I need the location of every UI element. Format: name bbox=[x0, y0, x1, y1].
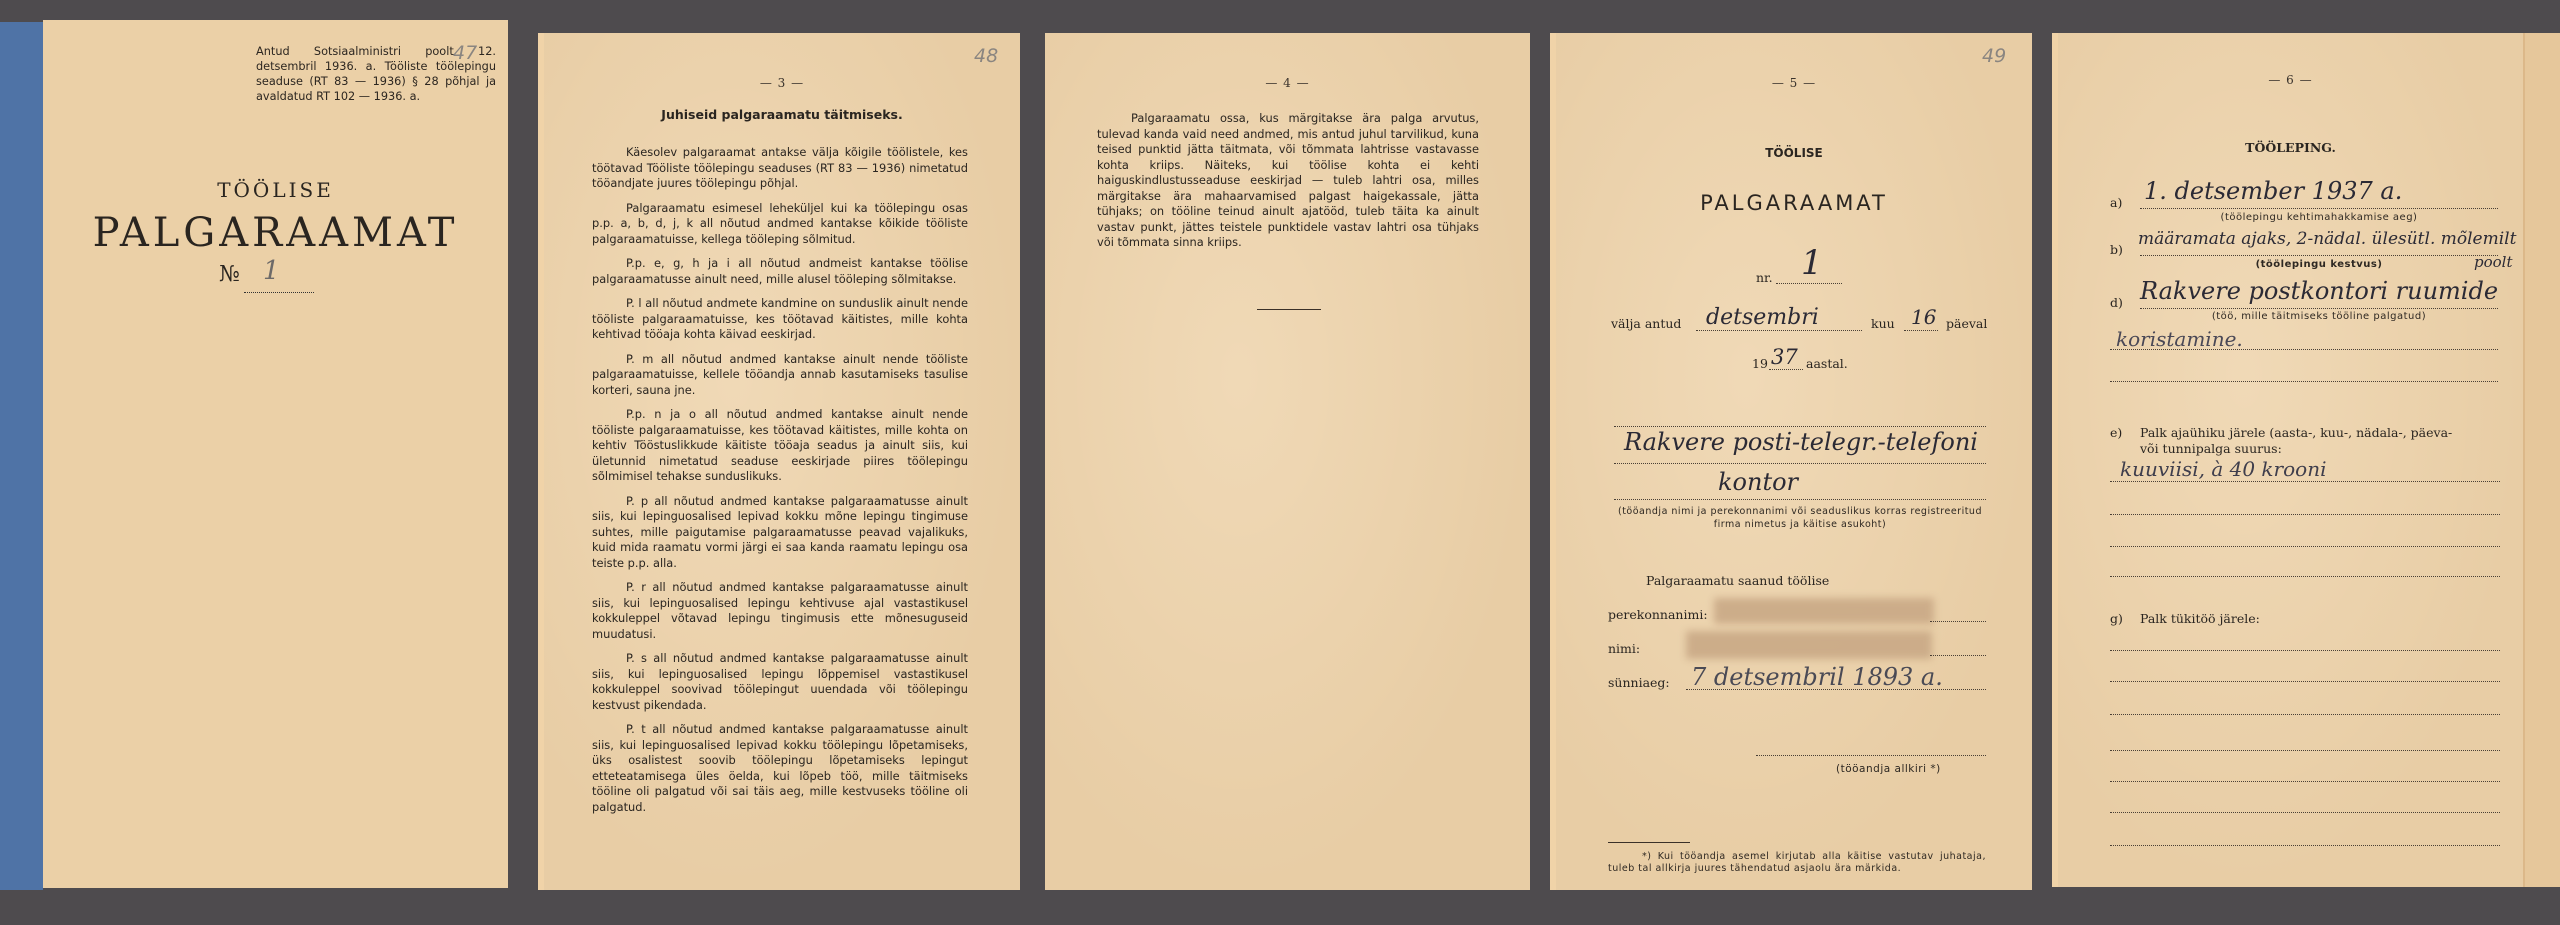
field-b-value: määramata ajaks, 2-nädal. ülesütl. mõlem… bbox=[2138, 229, 2516, 249]
page-number: — 5 — bbox=[1556, 76, 2032, 90]
archive-number: 49 bbox=[1982, 45, 2006, 67]
year-prefix: 19 bbox=[1752, 356, 1768, 371]
field-e-text-1: Palk ajaühiku järele (aasta-, kuu-, näda… bbox=[2140, 425, 2452, 440]
field-e-line-3 bbox=[2110, 546, 2500, 547]
instructions-body: Käesolev palgaraamat antakse välja kõigi… bbox=[592, 145, 968, 824]
footnote: *) Kui tööandja asemel kirjutab alla käi… bbox=[1608, 851, 1986, 875]
blue-book-spine bbox=[0, 22, 43, 890]
signature-caption: (tööandja allkiri *) bbox=[1836, 763, 1941, 775]
field-g-line-5 bbox=[2110, 781, 2500, 782]
field-d-caption: (töö, mille täitmiseks tööline palgatud) bbox=[2140, 311, 2498, 322]
issued-label: välja antud bbox=[1611, 316, 1681, 331]
field-g-line-3 bbox=[2110, 714, 2500, 715]
paragraph: Palgaraamatu ossa, kus märgitakse ära pa… bbox=[1097, 111, 1479, 251]
field-a-value: 1. detsember 1937 a. bbox=[2144, 177, 2402, 205]
worker-title: PALGARAAMAT bbox=[1556, 191, 2032, 215]
field-d-value: Rakvere postkontori ruumide bbox=[2140, 277, 2498, 305]
surname-label: perekonnanimi: bbox=[1608, 607, 1708, 622]
worker-subtitle: TÖÖLISE bbox=[1556, 146, 2032, 160]
employer-caption: (tööandja nimi ja perekonnanimi või sead… bbox=[1614, 505, 1986, 531]
day-label: päeval bbox=[1946, 316, 1987, 331]
field-d-line bbox=[2140, 308, 2498, 309]
legal-note: Antud Sotsiaalministri poolt 12. detsemb… bbox=[256, 44, 496, 104]
field-d-value-cont: koristamine. bbox=[2116, 327, 2243, 351]
paragraph: P. r all nõutud andmed kantakse palgaraa… bbox=[592, 580, 968, 642]
paragraph: P. p all nõutud andmed kantakse palgaraa… bbox=[592, 494, 968, 572]
field-e-value: kuuviisi, à 40 krooni bbox=[2120, 457, 2326, 481]
contract-heading: TÖÖLEPING. bbox=[2058, 140, 2523, 155]
surname-line bbox=[1930, 621, 1986, 622]
year-line bbox=[1769, 369, 1803, 370]
instructions-page: 48 — 3 — Juhiseid palgaraamatu täitmisek… bbox=[538, 33, 1020, 890]
worker-info-page: 49 — 5 — TÖÖLISE PALGARAAMAT nr. 1 välja… bbox=[1550, 33, 2032, 890]
field-g-line-6 bbox=[2110, 812, 2500, 813]
month-label: kuu bbox=[1871, 316, 1895, 331]
contract-page: — 6 — TÖÖLEPING. a) 1. detsember 1937 a.… bbox=[2052, 33, 2523, 887]
paragraph: P. t all nõutud andmed kantakse palgaraa… bbox=[592, 722, 968, 815]
redacted-name bbox=[1686, 631, 1932, 659]
cover-subtitle: TÖÖLISE bbox=[43, 178, 508, 202]
employer-value-line1: Rakvere posti-telegr.-telefoni bbox=[1624, 428, 1978, 456]
field-b-line bbox=[2140, 255, 2498, 256]
year-value: 37 bbox=[1771, 345, 1798, 369]
field-e-line-2 bbox=[2110, 514, 2500, 515]
birth-value: 7 detsembril 1893 a. bbox=[1691, 663, 1943, 691]
year-label: aastal. bbox=[1806, 356, 1848, 371]
field-g-line-1 bbox=[2110, 650, 2500, 651]
field-b-caption: (töölepingu kestvus) bbox=[2140, 259, 2498, 270]
employer-value-line2: kontor bbox=[1718, 468, 1798, 496]
archive-number: 48 bbox=[974, 45, 998, 67]
page-number: — 6 — bbox=[2058, 73, 2523, 87]
field-e-letter: e) bbox=[2110, 425, 2122, 440]
page-number: — 3 — bbox=[544, 76, 1020, 90]
employer-line-1 bbox=[1614, 463, 1986, 464]
field-e-text-2: või tunnipalga suurus: bbox=[2140, 441, 2282, 456]
issued-day-line bbox=[1904, 330, 1938, 331]
nr-line bbox=[1776, 283, 1842, 284]
end-rule bbox=[1257, 309, 1321, 310]
birth-label: sünniaeg: bbox=[1608, 675, 1670, 690]
paragraph: P.p. e, g, h ja i all nõutud andmeist ka… bbox=[592, 256, 968, 287]
field-a-caption: (töölepingu kehtimahakkamise aeg) bbox=[2140, 212, 2498, 223]
field-a-letter: a) bbox=[2110, 195, 2122, 210]
field-d-letter: d) bbox=[2110, 295, 2123, 310]
paragraph: P. m all nõutud andmed kantakse ainult n… bbox=[592, 352, 968, 399]
paragraph: Käesolev palgaraamat antakse välja kõigi… bbox=[592, 145, 968, 192]
signature-line bbox=[1756, 755, 1986, 756]
field-g-line-2 bbox=[2110, 681, 2500, 682]
nr-value: 1 bbox=[1801, 243, 1823, 283]
next-page-edge bbox=[2523, 33, 2560, 887]
paragraph: Palgaraamatu esimesel leheküljel kui ka … bbox=[592, 201, 968, 248]
field-e-line-4 bbox=[2110, 576, 2500, 577]
name-line bbox=[1930, 655, 1986, 656]
nr-label: nr. bbox=[1756, 270, 1773, 285]
number-value: 1 bbox=[263, 256, 280, 286]
cover-page: 47 Antud Sotsiaalministri poolt 12. dets… bbox=[43, 20, 508, 888]
paragraph: P. s all nõutud andmed kantakse palgaraa… bbox=[592, 651, 968, 713]
field-g-line-7 bbox=[2110, 845, 2500, 846]
employer-line-0 bbox=[1614, 426, 1986, 427]
employer-line-2 bbox=[1614, 499, 1986, 500]
paragraph: P. l all nõutud andmete kandmine on sund… bbox=[592, 296, 968, 343]
paragraph: P.p. n ja o all nõutud andmed kantakse a… bbox=[592, 407, 968, 485]
footnote-rule bbox=[1608, 842, 1690, 843]
page-number: — 4 — bbox=[1045, 76, 1530, 90]
instructions-page-continued: — 4 — Palgaraamatu ossa, kus märgitakse … bbox=[1045, 33, 1530, 890]
field-e-line-1 bbox=[2110, 481, 2500, 482]
field-b-letter: b) bbox=[2110, 242, 2123, 257]
name-label: nimi: bbox=[1608, 641, 1640, 656]
number-line bbox=[244, 292, 314, 293]
instructions-body: Palgaraamatu ossa, kus märgitakse ära pa… bbox=[1097, 111, 1479, 260]
redacted-surname bbox=[1714, 598, 1934, 624]
issued-month-value: detsembri bbox=[1706, 305, 1819, 330]
received-label: Palgaraamatu saanud töölise bbox=[1646, 573, 1829, 588]
issued-month-line bbox=[1696, 330, 1862, 331]
field-a-line bbox=[2140, 208, 2498, 209]
field-d-line-3 bbox=[2110, 381, 2498, 382]
instructions-heading: Juhiseid palgaraamatu täitmiseks. bbox=[544, 107, 1020, 122]
issued-day-value: 16 bbox=[1911, 305, 1936, 329]
number-label: № bbox=[219, 262, 240, 287]
field-g-line-4 bbox=[2110, 750, 2500, 751]
field-g-text: Palk tükitöö järele: bbox=[2140, 611, 2260, 626]
field-g-letter: g) bbox=[2110, 611, 2123, 626]
cover-title: PALGARAAMAT bbox=[43, 210, 508, 256]
